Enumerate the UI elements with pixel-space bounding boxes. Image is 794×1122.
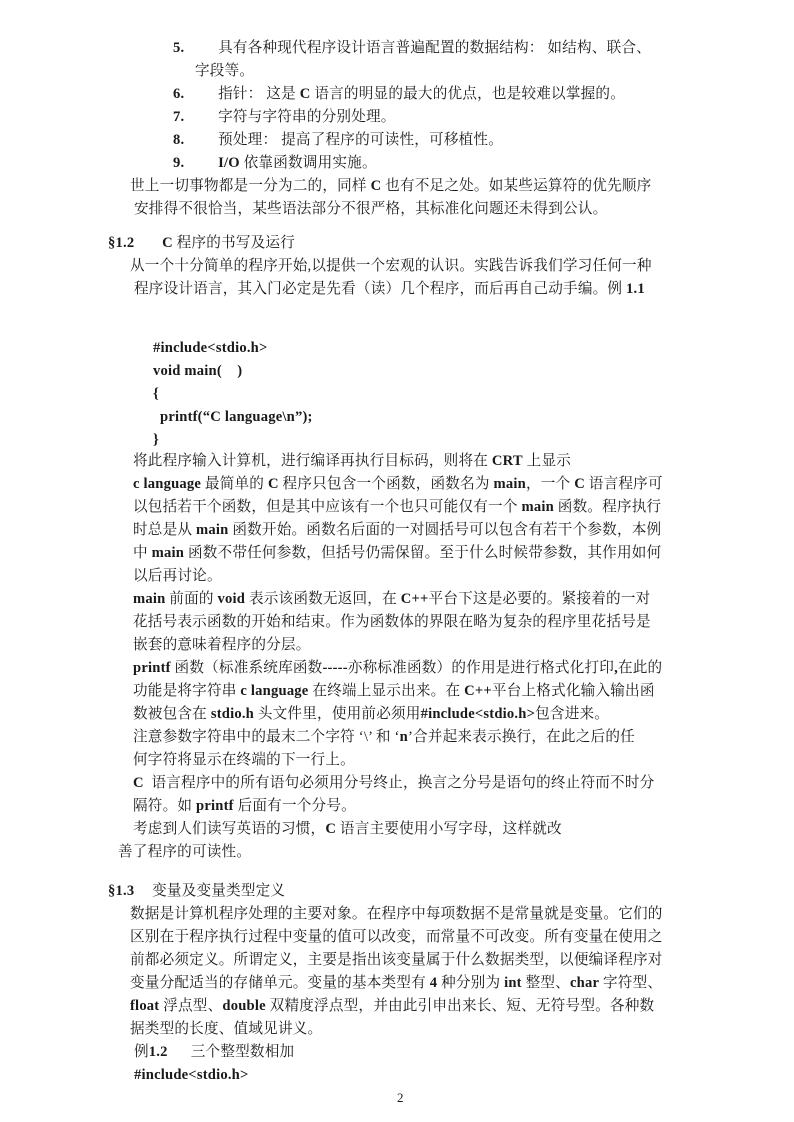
body-line: 考虑到人们读写英语的习惯，C 语言主要使用小写字母，这样就改 [133, 819, 562, 839]
text: 函数不带任何参数，但括号仍需保留。至于什么时候带参数，其作用如何 [184, 545, 661, 561]
example-number: 1.2 [149, 1044, 168, 1060]
list-text: 具有各种现代程序设计语言普遍配置的数据结构： 如结构、联合、 [218, 40, 651, 56]
list-item-7: 7. 字符与字符串的分别处理。 [173, 107, 396, 127]
text: 世上一切事物都是一分为二的，同样 [130, 178, 371, 194]
section-1-2-para-line-2: 程序设计语言，其入门必定是先看（读）几个程序，而后再自己动手编。例 1.1 [134, 279, 645, 299]
body-line: 功能是将字符串 c language 在终端上显示出来。在 C++平台上格式化输… [133, 681, 655, 701]
text: 以包括若干个函数，但是其中应该有一个也只可能仅有一个 [133, 499, 522, 515]
text: 变量分配适当的存储单元。变量的基本类型有 [130, 975, 430, 991]
page-number: 2 [397, 1090, 404, 1106]
text: 语言主要使用小写字母，这样就改 [336, 821, 562, 837]
section-number: §1.2 [108, 235, 134, 251]
text: 隔符。如 [133, 798, 196, 814]
example-heading: 例1.2 三个整型数相加 [134, 1042, 294, 1062]
body-line: 将此程序输入计算机，进行编译再执行目标码，则将在 CRT 上显示 [133, 451, 571, 471]
term: printf [196, 798, 234, 814]
list-item-5-continuation: 字段等。 [195, 61, 254, 81]
text: 以后再讨论。 [133, 568, 222, 584]
text: 何字符将显示在终端的下一行上。 [133, 752, 355, 768]
body-line: 前都必须定义。所谓定义，主要是指出该变量属于什么数据类型，以便编译程序对 [130, 950, 663, 970]
text: 花括号表示函数的开始和结束。作为函数体的界限在略为复杂的程序里花括号是 [133, 614, 651, 630]
term: C [133, 775, 144, 791]
term: C [325, 821, 336, 837]
text: 数被包含在 [133, 706, 211, 722]
text: 表示该函数无返回，在 [245, 591, 401, 607]
list-text: 指针： 这是 [218, 86, 300, 102]
term: printf [133, 660, 171, 676]
text: 三个整型数相加 [168, 1044, 295, 1060]
c-term: C [300, 86, 311, 102]
text: 注意参数字符串中的最末二个字符 ‘\’ 和 ‘ [133, 729, 400, 745]
text: 语言程序可 [585, 476, 663, 492]
text: 将此程序输入计算机，进行编译再执行目标码，则将在 [133, 453, 492, 469]
term: main [152, 545, 184, 561]
code-line: #include<stdio.h> [153, 338, 268, 358]
list-number: 9. [173, 155, 184, 171]
text: 最简单的 [201, 476, 268, 492]
text: 字符型、 [599, 975, 662, 991]
text: 语言程序中的所有语句必须用分号终止，换言之分号是语句的终止符而不时分 [144, 775, 655, 791]
term: float [130, 998, 159, 1014]
text: 后面有一个分号。 [234, 798, 356, 814]
body-line: 时总是从 main 函数开始。函数名后面的一对圆括号可以包含有若干个参数，本例 [133, 520, 661, 540]
term: c language [240, 683, 308, 699]
body-line: 中 main 函数不带任何参数，但括号仍需保留。至于什么时候带参数，其作用如何 [133, 543, 661, 563]
text: 也有不足之处。如某些运算符的优先顺序 [381, 178, 651, 194]
body-line: 据类型的长度、值域见讲义。 [130, 1019, 322, 1039]
term: main [133, 591, 165, 607]
body-line: 何字符将显示在终端的下一行上。 [133, 750, 355, 770]
body-line: 区别在于程序执行过程中变量的值可以改变，而常量不可改变。所有变量在使用之 [130, 927, 663, 947]
term: n [400, 729, 408, 745]
term: c language [133, 476, 201, 492]
list-item-9: 9. I/O 依靠函数调用实施。 [173, 153, 377, 173]
body-line: main 前面的 void 表示该函数无返回，在 C++平台下这是必要的。紧接着… [133, 589, 650, 609]
example-number: 1.1 [626, 281, 645, 297]
text: ’合并起来表示换行，在此之后的任 [408, 729, 635, 745]
text: 亦称标准函数）的作用是进行格式化打印 [348, 660, 614, 676]
text: 功能是将字符串 [133, 683, 240, 699]
list-item-5: 5. 具有各种现代程序设计语言普遍配置的数据结构： 如结构、联合、 [173, 38, 651, 58]
text: 函数（标准系统库函数 [171, 660, 323, 676]
body-line: C 语言程序中的所有语句必须用分号终止，换言之分号是语句的终止符而不时分 [133, 773, 654, 793]
text: 程序只包含一个函数，函数名为 [279, 476, 494, 492]
term: void [218, 591, 246, 607]
section-number: §1.3 [108, 883, 134, 899]
term: double [222, 998, 265, 1014]
list-item-8: 8. 预处理： 提高了程序的可读性，可移植性。 [173, 130, 503, 150]
text: 函数开始。函数名后面的一对圆括号可以包含有若干个参数，本例 [228, 522, 661, 538]
term: C++ [401, 591, 429, 607]
text: ，一个 [526, 476, 574, 492]
body-line: float 浮点型、double 双精度浮点型，并由此引申出来长、短、无符号型。… [130, 996, 654, 1016]
term: main [494, 476, 526, 492]
body-line: 数被包含在 stdio.h 头文件里，使用前必须用#include<stdio.… [133, 704, 609, 724]
list-number: 6. [173, 86, 184, 102]
term: main [522, 499, 554, 515]
c-term: C [162, 235, 173, 251]
body-line: c language 最简单的 C 程序只包含一个函数，函数名为 main，一个… [133, 474, 663, 494]
code-line: #include<stdio.h> [134, 1065, 249, 1085]
text: 在终端上显示出来。在 [308, 683, 464, 699]
body-line: printf 函数（标准系统库函数-----亦称标准函数）的作用是进行格式化打印… [133, 658, 662, 678]
list-text: 字符与字符串的分别处理。 [218, 109, 396, 125]
section-heading-1-3: §1.3 变量及变量类型定义 [108, 881, 285, 901]
text: 头文件里，使用前必须用 [254, 706, 421, 722]
text: 浮点型、 [159, 998, 222, 1014]
io-term: I/O [218, 155, 240, 171]
term: #include<stdio.h> [421, 706, 536, 722]
text: 函数。程序执行 [554, 499, 661, 515]
body-line: 嵌套的意味着程序的分层。 [133, 635, 311, 655]
text: 考虑到人们读写英语的习惯， [133, 821, 325, 837]
text: 平台下这是必要的。紧接着的一对 [429, 591, 651, 607]
intro-para-line-1: 世上一切事物都是一分为二的，同样 C 也有不足之处。如某些运算符的优先顺序 [130, 176, 651, 196]
body-line: 变量分配适当的存储单元。变量的基本类型有 4 种分别为 int 整型、char … [130, 973, 662, 993]
term: C [574, 476, 585, 492]
text: 在此的 [618, 660, 662, 676]
term: char [570, 975, 599, 991]
section-title: 变量及变量类型定义 [152, 883, 285, 899]
code-line: } [153, 430, 159, 450]
list-number: 8. [173, 132, 184, 148]
text: 程序设计语言，其入门必定是先看（读）几个程序，而后再自己动手编。例 [134, 281, 626, 297]
text: 善了程序的可读性。 [118, 844, 251, 860]
term: int [504, 975, 522, 991]
section-heading-1-2: §1.2 C 程序的书写及运行 [108, 233, 295, 253]
text: 例 [134, 1044, 149, 1060]
code-line: printf(“C language\n”); [160, 407, 313, 427]
term: stdio.h [211, 706, 254, 722]
list-text: 预处理： 提高了程序的可读性，可移植性。 [218, 132, 503, 148]
list-text: 语言的明显的最大的优点，也是较难以掌握的。 [311, 86, 626, 102]
body-line: 以包括若干个函数，但是其中应该有一个也只可能仅有一个 main 函数。程序执行 [133, 497, 661, 517]
list-number: 7. [173, 109, 184, 125]
text: 双精度浮点型，并由此引申出来长、短、无符号型。各种数 [266, 998, 655, 1014]
text: 上显示 [523, 453, 571, 469]
text: 前面的 [165, 591, 217, 607]
text: 数据是计算机程序处理的主要对象。在程序中每项数据不是常量就是变量。它们的 [130, 906, 663, 922]
text: 包含进来。 [535, 706, 609, 722]
body-line: 数据是计算机程序处理的主要对象。在程序中每项数据不是常量就是变量。它们的 [130, 904, 663, 924]
text: 种分别为 [437, 975, 504, 991]
body-line: 花括号表示函数的开始和结束。作为函数体的界限在略为复杂的程序里花括号是 [133, 612, 651, 632]
body-line: 善了程序的可读性。 [118, 842, 251, 862]
text: 区别在于程序执行过程中变量的值可以改变，而常量不可改变。所有变量在使用之 [130, 929, 663, 945]
section-title: 程序的书写及运行 [173, 235, 295, 251]
term: C [268, 476, 279, 492]
intro-para-line-2: 安排得不很恰当，某些语法部分不很严格，其标准化问题还未得到公认。 [134, 199, 607, 219]
term: C++ [464, 683, 492, 699]
body-line: 注意参数字符串中的最末二个字符 ‘\’ 和 ‘n’合并起来表示换行，在此之后的任 [133, 727, 635, 747]
list-number: 5. [173, 40, 184, 56]
text: 前都必须定义。所谓定义，主要是指出该变量属于什么数据类型，以便编译程序对 [130, 952, 663, 968]
body-line: 隔符。如 printf 后面有一个分号。 [133, 796, 356, 816]
term: CRT [492, 453, 523, 469]
c-term: C [371, 178, 382, 194]
code-line: { [153, 384, 159, 404]
text: 整型、 [522, 975, 570, 991]
list-item-6: 6. 指针： 这是 C 语言的明显的最大的优点，也是较难以掌握的。 [173, 84, 625, 104]
text: 平台上格式化输入输出函 [492, 683, 655, 699]
text: 据类型的长度、值域见讲义。 [130, 1021, 322, 1037]
text: 时总是从 [133, 522, 196, 538]
term: ----- [322, 660, 347, 676]
body-line: 以后再讨论。 [133, 566, 222, 586]
section-1-2-para-line-1: 从一个十分简单的程序开始,以提供一个宏观的认识。实践告诉我们学习任何一种 [130, 256, 652, 276]
text: 中 [133, 545, 152, 561]
list-text: 依靠函数调用实施。 [240, 155, 377, 171]
code-line: void main( ) [153, 361, 242, 381]
term: main [196, 522, 228, 538]
text: 嵌套的意味着程序的分层。 [133, 637, 311, 653]
